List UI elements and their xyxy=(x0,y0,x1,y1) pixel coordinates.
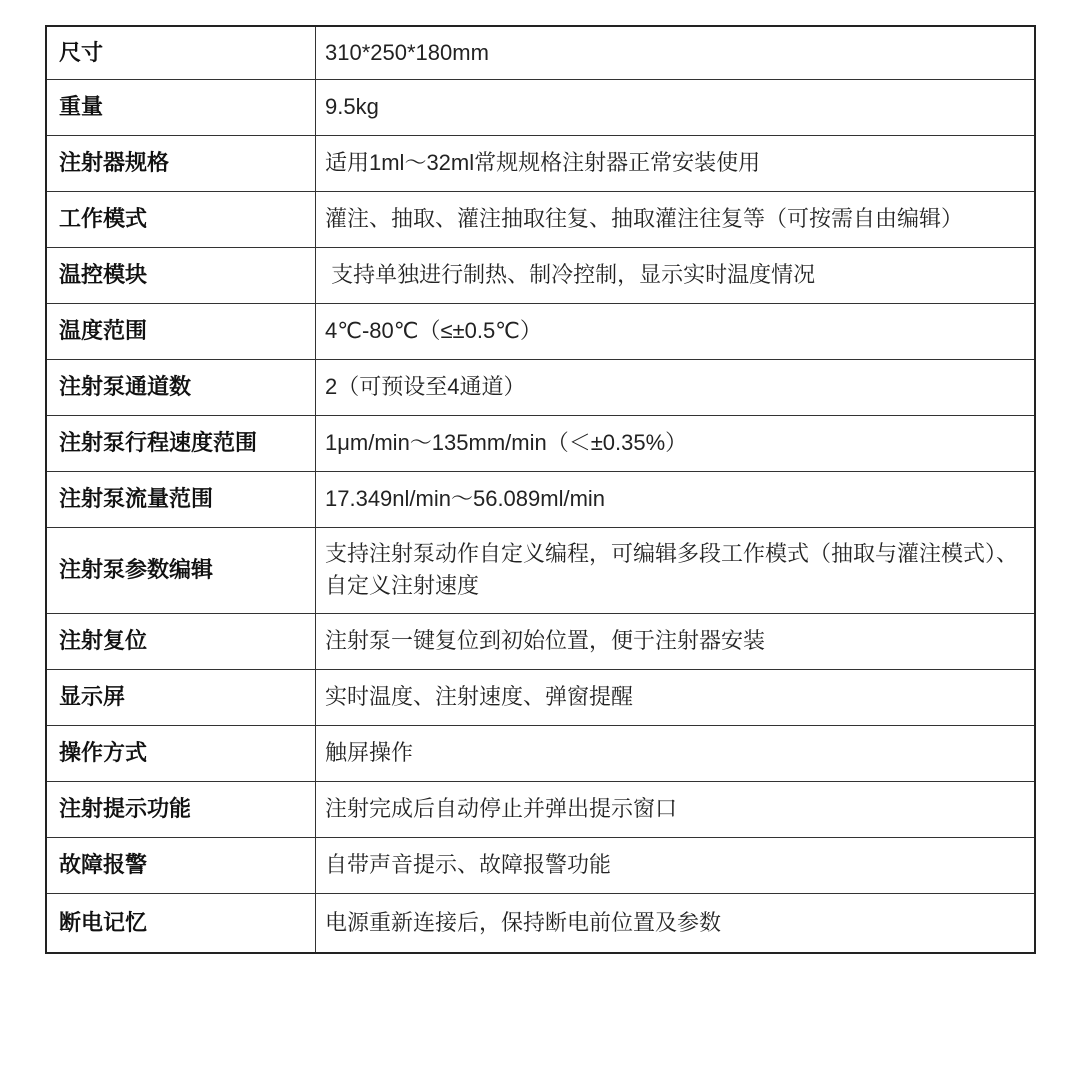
spec-label: 重量 xyxy=(46,79,316,135)
spec-value: 适用1ml～32ml常规规格注射器正常安装使用 xyxy=(316,135,1036,191)
spec-row: 注射泵行程速度范围1μm/min～135mm/min（＜±0.35%） xyxy=(46,415,1035,471)
spec-sheet-page: 尺寸310*250*180mm重量9.5kg注射器规格适用1ml～32ml常规规… xyxy=(0,0,1080,1080)
spec-row: 操作方式触屏操作 xyxy=(46,725,1035,781)
spec-label: 注射泵流量范围 xyxy=(46,471,316,527)
spec-label: 温控模块 xyxy=(46,247,316,303)
spec-value: 支持注射泵动作自定义编程，可编辑多段工作模式（抽取与灌注模式）、自定义注射速度 xyxy=(316,527,1036,613)
spec-row: 显示屏实时温度、注射速度、弹窗提醒 xyxy=(46,669,1035,725)
spec-row: 注射泵参数编辑支持注射泵动作自定义编程，可编辑多段工作模式（抽取与灌注模式）、自… xyxy=(46,527,1035,613)
spec-value: 1μm/min～135mm/min（＜±0.35%） xyxy=(316,415,1036,471)
spec-label: 注射提示功能 xyxy=(46,781,316,837)
product-spec-table: 尺寸310*250*180mm重量9.5kg注射器规格适用1ml～32ml常规规… xyxy=(45,25,1036,954)
spec-row: 断电记忆电源重新连接后，保持断电前位置及参数 xyxy=(46,893,1035,953)
spec-label: 故障报警 xyxy=(46,837,316,893)
spec-table-body: 尺寸310*250*180mm重量9.5kg注射器规格适用1ml～32ml常规规… xyxy=(46,26,1035,953)
spec-value: 支持单独进行制热、制冷控制，显示实时温度情况 xyxy=(316,247,1036,303)
spec-value: 实时温度、注射速度、弹窗提醒 xyxy=(316,669,1036,725)
spec-row: 注射复位注射泵一键复位到初始位置，便于注射器安装 xyxy=(46,613,1035,669)
spec-label: 注射复位 xyxy=(46,613,316,669)
spec-value: 2（可预设至4通道） xyxy=(316,359,1036,415)
spec-label: 断电记忆 xyxy=(46,893,316,953)
spec-value: 灌注、抽取、灌注抽取往复、抽取灌注往复等（可按需自由编辑） xyxy=(316,191,1036,247)
spec-value: 17.349nl/min～56.089ml/min xyxy=(316,471,1036,527)
spec-value: 310*250*180mm xyxy=(316,26,1036,79)
spec-row: 注射器规格适用1ml～32ml常规规格注射器正常安装使用 xyxy=(46,135,1035,191)
spec-label: 温度范围 xyxy=(46,303,316,359)
spec-row: 工作模式灌注、抽取、灌注抽取往复、抽取灌注往复等（可按需自由编辑） xyxy=(46,191,1035,247)
spec-value: 注射泵一键复位到初始位置，便于注射器安装 xyxy=(316,613,1036,669)
spec-value: 自带声音提示、故障报警功能 xyxy=(316,837,1036,893)
spec-row: 注射泵通道数2（可预设至4通道） xyxy=(46,359,1035,415)
spec-row: 注射泵流量范围17.349nl/min～56.089ml/min xyxy=(46,471,1035,527)
spec-row: 重量9.5kg xyxy=(46,79,1035,135)
spec-label: 注射泵行程速度范围 xyxy=(46,415,316,471)
spec-label: 尺寸 xyxy=(46,26,316,79)
spec-row: 尺寸310*250*180mm xyxy=(46,26,1035,79)
spec-label: 注射器规格 xyxy=(46,135,316,191)
spec-value: 4℃-80℃（≤±0.5℃） xyxy=(316,303,1036,359)
spec-label: 操作方式 xyxy=(46,725,316,781)
spec-row: 温控模块 支持单独进行制热、制冷控制，显示实时温度情况 xyxy=(46,247,1035,303)
spec-row: 故障报警自带声音提示、故障报警功能 xyxy=(46,837,1035,893)
spec-row: 温度范围4℃-80℃（≤±0.5℃） xyxy=(46,303,1035,359)
spec-label: 显示屏 xyxy=(46,669,316,725)
spec-value: 注射完成后自动停止并弹出提示窗口 xyxy=(316,781,1036,837)
spec-label: 注射泵参数编辑 xyxy=(46,527,316,613)
spec-value: 电源重新连接后，保持断电前位置及参数 xyxy=(316,893,1036,953)
spec-row: 注射提示功能注射完成后自动停止并弹出提示窗口 xyxy=(46,781,1035,837)
spec-label: 注射泵通道数 xyxy=(46,359,316,415)
spec-label: 工作模式 xyxy=(46,191,316,247)
spec-value: 9.5kg xyxy=(316,79,1036,135)
spec-value: 触屏操作 xyxy=(316,725,1036,781)
